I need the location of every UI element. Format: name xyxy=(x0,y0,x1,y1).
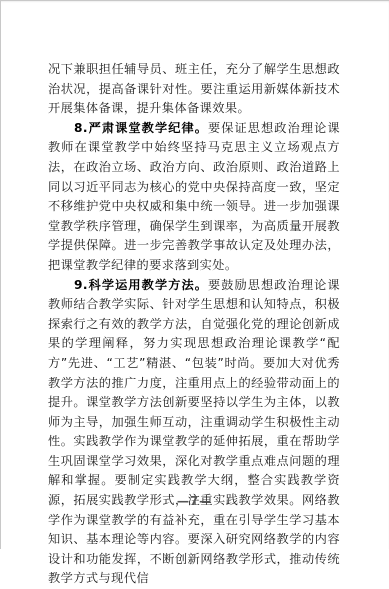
section-heading: 9.科学运用教学方法。 xyxy=(74,278,208,292)
paragraph-section-8: 8.严肃课堂教学纪律。要保证思想政治理论课教师在课堂教学中始终坚持马克思主义立场… xyxy=(48,119,340,276)
paragraph-text: 要保证思想政治理论课教师在课堂教学中始终坚持马克思主义立场观点方法，在政治立场、… xyxy=(48,121,340,272)
document-page: 况下兼职担任辅导员、班主任，充分了解学生思想政治状况，提高备课针对性。要注重运用… xyxy=(0,0,389,549)
paragraph-text: 况下兼职担任辅导员、班主任，充分了解学生思想政治状况，提高备课针对性。要注重运用… xyxy=(48,62,340,115)
section-heading: 8.严肃课堂教学纪律。 xyxy=(74,121,208,135)
page-number: —7— xyxy=(0,494,389,508)
paragraph-text: 要鼓励思想政治理论课教师结合教学实际、针对学生思想和认知特点，积极探索行之有效的… xyxy=(48,278,340,549)
paragraph-continuation: 况下兼职担任辅导员、班主任，充分了解学生思想政治状况，提高备课针对性。要注重运用… xyxy=(48,60,340,119)
document-body: 况下兼职担任辅导员、班主任，充分了解学生思想政治状况，提高备课针对性。要注重运用… xyxy=(48,60,340,549)
